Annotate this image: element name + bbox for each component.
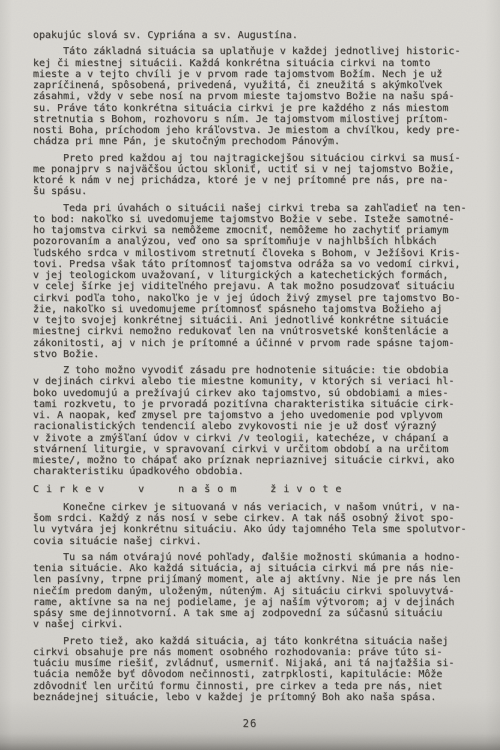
paragraph: Preto tiež, ako každá situácia, aj táto … [33,636,489,704]
paragraph: Táto základná situácia sa uplatňuje v ka… [33,46,489,147]
paragraph: Teda pri úvahách o situácii našej cirkvi… [33,203,489,361]
paragraph: Preto pred každou aj tou najtragickejšou… [33,153,489,198]
continuation-line: opakujúc slová sv. Cypriána a sv. August… [33,30,489,41]
page-number: 26 [0,718,500,730]
paragraph: Z toho možno vyvodiť zásadu pre hodnoten… [33,365,489,478]
scanned-page: opakujúc slová sv. Cypriána a sv. August… [0,0,500,750]
document-text: opakujúc slová sv. Cypriána a sv. August… [33,30,489,708]
section-heading: Cirkev v našom živote [33,484,489,495]
paragraph: Konečne cirkev je situovaná v nás veriac… [33,502,489,547]
paragraph: Tu sa nám otvárajú nové pohľady, ďalšie … [33,552,489,631]
